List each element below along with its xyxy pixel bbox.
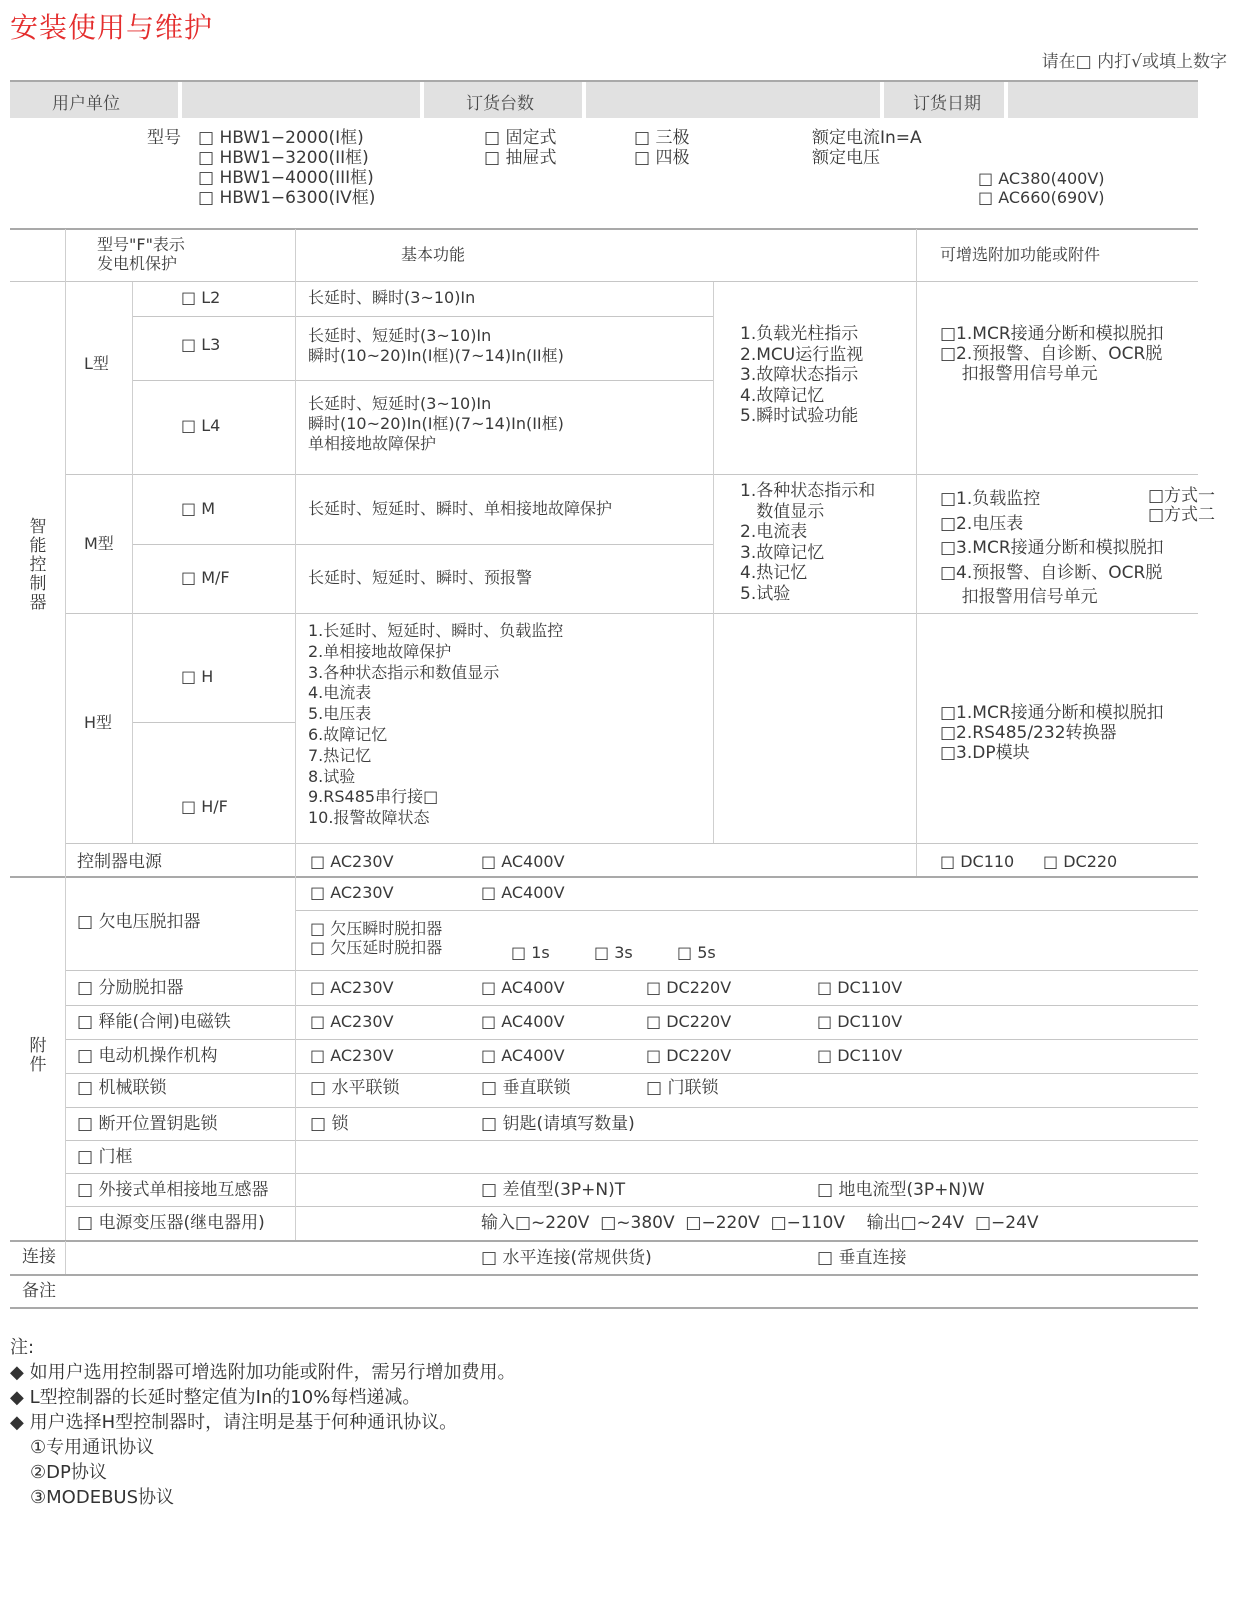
ct-ground-current[interactable]: □ 地电流型(3P+N)W [817,1180,985,1200]
divider [132,316,713,317]
rated-current[interactable]: 额定电流In=A [812,128,922,148]
model-option-4000[interactable]: □ HBW1−4000(III框) [198,168,374,188]
divider [65,1107,1198,1108]
divider [713,282,714,843]
power-transformer[interactable]: □ 电源变压器(继电器用) [77,1213,265,1233]
divider [10,228,1198,230]
key-lock-key[interactable]: □ 钥匙(请填写数量) [481,1114,635,1134]
external-ground-ct[interactable]: □ 外接式单相接地互感器 [77,1180,268,1200]
h-type-label: H型 [84,713,112,733]
shunt-ac230[interactable]: □ AC230V [310,978,394,998]
motor-ac400[interactable]: □ AC400V [481,1046,565,1066]
h-function: 1.长延时、短延时、瞬时、负载监控 2.单相接地故障保护 3.各种状态指示和数值… [308,621,563,829]
motor-operator[interactable]: □ 电动机操作机构 [77,1046,217,1066]
connection-label: 连接 [22,1247,56,1267]
mechanical-interlock[interactable]: □ 机械联锁 [77,1078,166,1098]
closing-dc110[interactable]: □ DC110V [817,1012,902,1032]
divider [65,613,1198,614]
uv-delay-3s[interactable]: □ 3s [594,943,633,963]
l3-function: 长延时、短延时(3~10)In 瞬时(10~20)In(I框)(7~14)In(… [308,326,564,366]
divider [916,229,917,876]
l-optional[interactable]: □1.MCR接通分断和模拟脱扣 □2.预报警、自诊断、OCR脱 扣报警用信号单元 [940,324,1164,384]
closing-ac230[interactable]: □ AC230V [310,1012,394,1032]
divider [65,1039,1198,1040]
note-item: ◆ 如用户选用控制器可增选附加功能或附件，需另行增加费用。 [10,1360,516,1385]
protocol-option: ③MODEBUS协议 [10,1485,516,1510]
controller-power-label: 控制器电源 [77,852,162,872]
model-option-6300[interactable]: □ HBW1−6300(IV框) [198,188,375,208]
key-lock-lock[interactable]: □ 锁 [310,1114,348,1134]
shunt-ac400[interactable]: □ AC400V [481,978,565,998]
divider [295,229,296,1240]
option-m[interactable]: □ M [181,499,215,519]
uv-delay-1s[interactable]: □ 1s [511,943,550,963]
divider [132,722,295,723]
interlock-vertical[interactable]: □ 垂直联锁 [481,1078,570,1098]
power-dc220[interactable]: □ DC220 [1043,852,1117,872]
option-l2[interactable]: □ L2 [181,288,220,308]
divider [65,843,1198,844]
divider [10,281,1198,282]
m-type-label: M型 [84,534,114,554]
protocol-option: ②DP协议 [10,1460,516,1485]
shunt-dc220[interactable]: □ DC220V [646,978,731,998]
power-ac400[interactable]: □ AC400V [481,852,565,872]
connection-vertical[interactable]: □ 垂直连接 [817,1248,906,1268]
l4-function: 长延时、短延时(3~10)In 瞬时(10~20)In(I框)(7~14)In(… [308,394,564,454]
m-load-mode[interactable]: □方式一 □方式二 [1148,487,1215,525]
divider [65,229,66,1240]
m-optional[interactable]: □1.负载监控 □2.电压表 □3.MCR接通分断和模拟脱扣 □4.预报警、自诊… [940,487,1164,610]
option-hf[interactable]: □ H/F [181,797,228,817]
shunt-release[interactable]: □ 分励脱扣器 [77,978,183,998]
divider [10,876,1198,878]
motor-dc220[interactable]: □ DC220V [646,1046,731,1066]
option-mf[interactable]: □ M/F [181,568,230,588]
divider [295,910,1198,911]
option-l4[interactable]: □ L4 [181,416,220,436]
l-type-label: L型 [84,354,109,374]
l2-function: 长延时、瞬时(3~10)In [308,288,475,308]
divider [65,1140,1198,1141]
voltage-ac380[interactable]: □ AC380(400V) [978,169,1105,189]
closing-ac400[interactable]: □ AC400V [481,1012,565,1032]
divider [65,1241,66,1274]
date-field[interactable] [1008,82,1198,118]
quantity-label: 订货台数 [466,89,534,114]
protocol-option: ①专用通讯协议 [10,1435,516,1460]
note-item: ◆ 用户选择H型控制器时，请注明是基于何种通讯协议。 [10,1410,516,1435]
divider [65,1206,1198,1207]
fill-instruction: 请在□ 内打√或填上数字 [1042,47,1227,72]
notes-section: 注: ◆ 如用户选用控制器可增选附加功能或附件，需另行增加费用。 ◆ L型控制器… [10,1335,516,1510]
closing-dc220[interactable]: □ DC220V [646,1012,731,1032]
accessories-group-label: 附件 [28,1037,48,1075]
l-features: 1.负载光柱指示 2.MCU运行监视 3.故障状态指示 4.故障记忆 5.瞬时试… [740,324,863,427]
door-frame[interactable]: □ 门框 [77,1147,132,1167]
model-option-3200[interactable]: □ HBW1−3200(II框) [198,148,369,168]
uv-types[interactable]: □ 欠压瞬时脱扣器 □ 欠压延时脱扣器 [310,919,442,957]
remarks-field[interactable] [70,1276,1198,1306]
transformer-io-options[interactable]: 输入□~220V □~380V □−220V □−110V 输出□~24V □−… [481,1213,1039,1233]
quantity-field[interactable] [586,82,880,118]
m-function: 长延时、短延时、瞬时、单相接地故障保护 [308,499,612,519]
closing-electromagnet[interactable]: □ 释能(合闸)电磁铁 [77,1012,231,1032]
poles-four[interactable]: □ 四极 [634,148,689,168]
divider [65,1005,1198,1006]
uv-delay-5s[interactable]: □ 5s [677,943,716,963]
option-h[interactable]: □ H [181,667,213,687]
uv-ac230[interactable]: □ AC230V [310,883,394,903]
motor-ac230[interactable]: □ AC230V [310,1046,394,1066]
divider [10,1240,1198,1242]
customer-label: 用户单位 [52,89,120,114]
model-label: 型号 [147,128,181,148]
h-optional[interactable]: □1.MCR接通分断和模拟脱扣 □2.RS485/232转换器 □3.DP模块 [940,703,1164,763]
optional-header: 可增选附加功能或附件 [940,245,1100,265]
power-dc110[interactable]: □ DC110 [940,852,1014,872]
divider [10,1307,1198,1309]
voltage-ac660[interactable]: □ AC660(690V) [978,188,1105,208]
option-l3[interactable]: □ L3 [181,335,220,355]
rated-voltage-label: 额定电压 [812,148,880,168]
poles-three[interactable]: □ 三极 [634,128,689,148]
mount-fixed[interactable]: □ 固定式 [484,128,556,148]
divider [65,474,1198,475]
controller-group-label: 智能控制器 [28,518,48,613]
open-position-key-lock[interactable]: □ 断开位置钥匙锁 [77,1114,217,1134]
m-features: 1.各种状态指示和 数值显示 2.电流表 3.故障记忆 4.热记忆 5.试验 [740,481,875,604]
customer-field[interactable] [182,82,420,118]
notes-heading: 注: [10,1335,516,1360]
uv-ac400[interactable]: □ AC400V [481,883,565,903]
note-item: ◆ L型控制器的长延时整定值为In的10%每档递减。 [10,1385,516,1410]
divider [132,282,133,843]
basic-function-header: 基本功能 [401,245,465,265]
divider [132,380,713,381]
ct-differential[interactable]: □ 差值型(3P+N)T [481,1180,625,1200]
divider [65,970,1198,971]
undervoltage-release[interactable]: □ 欠电压脱扣器 [77,912,200,932]
divider [65,1073,1198,1074]
mf-function: 长延时、短延时、瞬时、预报警 [308,568,532,588]
power-ac230[interactable]: □ AC230V [310,852,394,872]
shunt-dc110[interactable]: □ DC110V [817,978,902,998]
interlock-door[interactable]: □ 门联锁 [646,1078,718,1098]
date-label: 订货日期 [913,89,981,114]
interlock-horizontal[interactable]: □ 水平联锁 [310,1078,399,1098]
remarks-label: 备注 [22,1281,56,1301]
model-option-2000[interactable]: □ HBW1−2000(I框) [198,128,364,148]
page-title: 安装使用与维护 [10,10,213,46]
connection-horizontal[interactable]: □ 水平连接(常规供货) [481,1248,652,1268]
motor-dc110[interactable]: □ DC110V [817,1046,902,1066]
mount-drawout[interactable]: □ 抽屉式 [484,148,556,168]
type-note-header: 型号"F"表示 发电机保护 [97,235,185,273]
divider [65,1173,1198,1174]
divider [132,544,713,545]
